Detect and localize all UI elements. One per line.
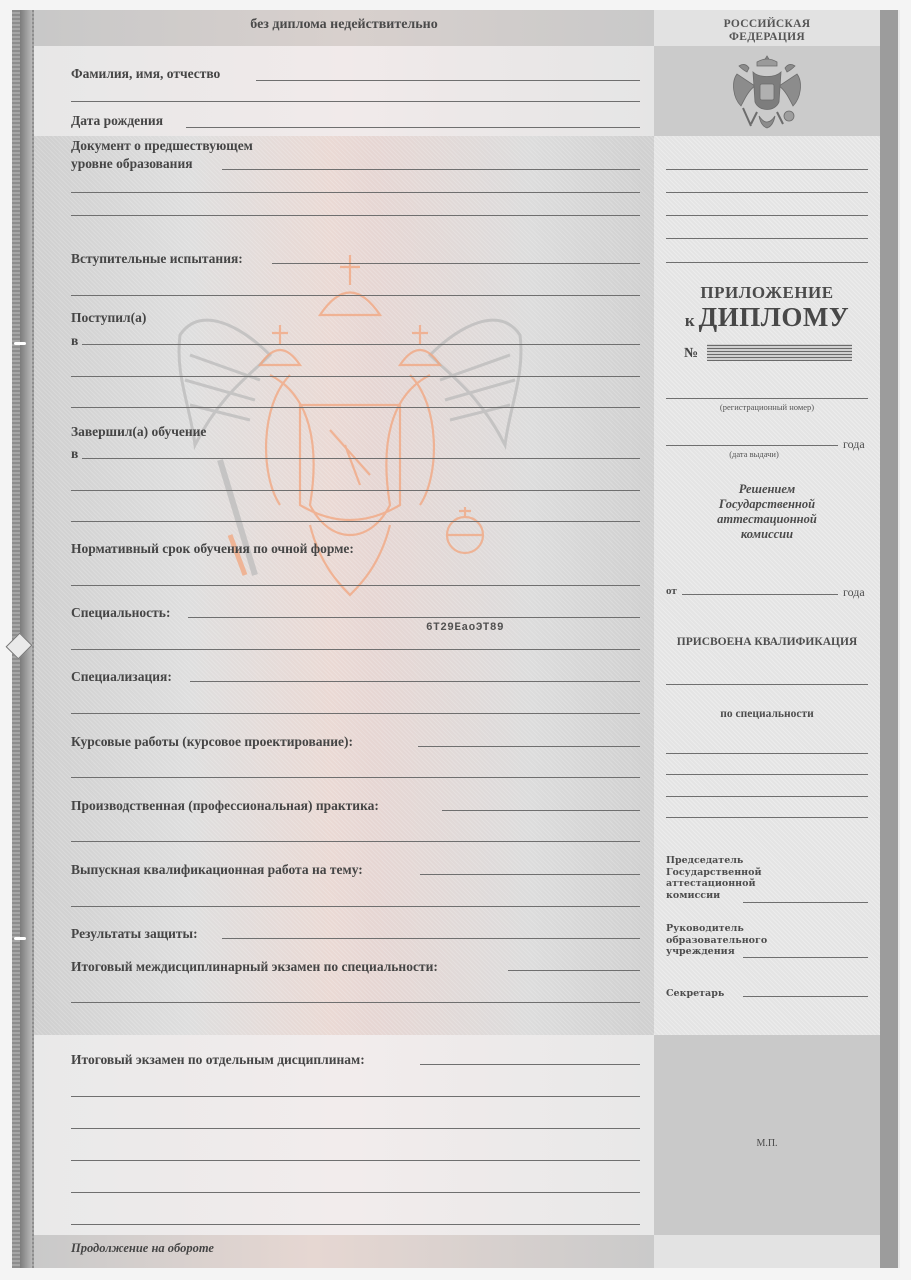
reg-number-caption: (регистрационный номер): [654, 402, 880, 412]
completed-field-2[interactable]: [71, 490, 640, 491]
binding-staple: [14, 937, 26, 940]
specialty-side-field-2[interactable]: [666, 774, 868, 775]
practice-field-2[interactable]: [71, 841, 640, 842]
diploma-title-word: ДИПЛОМУ: [699, 302, 850, 332]
prev-doc-field[interactable]: [222, 169, 640, 170]
coursework-field-2[interactable]: [71, 777, 640, 778]
chair-line-3: аттестационной: [666, 878, 762, 890]
decision-line-3: аттестационной: [654, 512, 880, 527]
side-field-2[interactable]: [666, 192, 868, 193]
decision-from-word: от: [666, 585, 677, 597]
final-interdisciplinary-field[interactable]: [508, 970, 640, 971]
completed-field-3[interactable]: [71, 521, 640, 522]
enrolled-field[interactable]: [82, 344, 640, 345]
by-specialty-heading: по специальности: [654, 708, 880, 720]
entrance-exams-field[interactable]: [272, 263, 640, 264]
full-name-label: Фамилия, имя, отчество: [71, 66, 220, 82]
specialty-side-field-1[interactable]: [666, 753, 868, 754]
number-sign: №: [684, 346, 698, 362]
completed-field[interactable]: [82, 458, 640, 459]
chair-line-2: Государственной: [666, 867, 762, 879]
diploma-title: к ДИПЛОМУ: [654, 302, 880, 333]
country-line-1: РОССИЙСКАЯ: [654, 18, 880, 31]
specialization-field[interactable]: [190, 681, 640, 682]
specialty-field-2[interactable]: [71, 649, 640, 650]
country-line-2: ФЕДЕРАЦИЯ: [654, 31, 880, 44]
specialty-side-field-3[interactable]: [666, 796, 868, 797]
secretary-label: Секретарь: [666, 988, 724, 1000]
birth-date-field[interactable]: [186, 127, 640, 128]
reg-number-field[interactable]: [666, 398, 868, 399]
full-name-field-2[interactable]: [71, 101, 640, 102]
watermark-eagle-icon: [160, 245, 540, 615]
decision-year-word: года: [843, 585, 865, 600]
specialty-side-field-4[interactable]: [666, 817, 868, 818]
commission-decision: Решением Государственной аттестационной …: [654, 482, 880, 542]
chair-line-4: комиссии: [666, 890, 762, 902]
head-line-2: образовательного: [666, 935, 767, 947]
appendix-title: ПРИЛОЖЕНИЕ: [654, 283, 880, 303]
head-label: Руководитель образовательного учреждения: [666, 923, 767, 958]
decision-line-1: Решением: [654, 482, 880, 497]
enrolled-field-2[interactable]: [71, 376, 640, 377]
chair-signature-field[interactable]: [743, 902, 868, 903]
chair-label: Председатель Государственной аттестацион…: [666, 855, 762, 901]
final-exams-subjects-field[interactable]: [420, 1064, 640, 1065]
final-interdisciplinary-label: Итоговый междисциплинарный экзамен по сп…: [71, 959, 438, 975]
prev-doc-field-3[interactable]: [71, 215, 640, 216]
practice-field[interactable]: [442, 810, 640, 811]
defense-results-label: Результаты защиты:: [71, 926, 198, 942]
head-signature-field[interactable]: [743, 957, 868, 958]
side-field-4[interactable]: [666, 238, 868, 239]
decision-date-field[interactable]: [682, 594, 838, 595]
issue-date-field[interactable]: [666, 445, 838, 446]
entrance-exams-field-2[interactable]: [71, 295, 640, 296]
right-edge-strip: [880, 10, 898, 1268]
seal-place-label: М.П.: [654, 1138, 880, 1149]
birth-date-label: Дата рождения: [71, 113, 163, 129]
study-period-label: Нормативный срок обучения по очной форме…: [71, 541, 354, 557]
coursework-field[interactable]: [418, 746, 640, 747]
enrolled-field-3[interactable]: [71, 407, 640, 408]
issue-date-caption: (дата выдачи): [654, 449, 854, 459]
prev-doc-field-2[interactable]: [71, 192, 640, 193]
specialization-label: Специализация:: [71, 669, 172, 685]
coursework-label: Курсовые работы (курсовое проектирование…: [71, 734, 353, 750]
final-exams-subjects-field-6[interactable]: [71, 1224, 640, 1225]
continued-overleaf-note: Продолжение на обороте: [71, 1241, 214, 1256]
decision-line-4: комиссии: [654, 527, 880, 542]
specialty-label: Специальность:: [71, 605, 170, 621]
validity-notice: без диплома недействительно: [34, 17, 654, 33]
double-headed-eagle-icon: [729, 52, 805, 132]
secretary-signature-field[interactable]: [743, 996, 868, 997]
country-name: РОССИЙСКАЯ ФЕДЕРАЦИЯ: [654, 18, 880, 44]
final-interdisciplinary-field-2[interactable]: [71, 1002, 640, 1003]
completed-in-label: в: [71, 446, 78, 462]
head-line-3: учреждения: [666, 946, 767, 958]
completed-label: Завершил(а) обучение: [71, 424, 206, 440]
side-footer-band: [654, 1235, 880, 1268]
final-exams-subjects-field-3[interactable]: [71, 1128, 640, 1129]
entrance-exams-label: Вступительные испытания:: [71, 251, 243, 267]
serial-number-redacted: [707, 344, 852, 361]
qualification-field[interactable]: [666, 684, 868, 685]
final-exams-subjects-field-4[interactable]: [71, 1160, 640, 1161]
head-line-1: Руководитель: [666, 923, 767, 935]
practice-label: Производственная (профессиональная) прак…: [71, 798, 379, 814]
seal-area: [654, 1035, 880, 1235]
thesis-field[interactable]: [420, 874, 640, 875]
chair-line-1: Председатель: [666, 855, 762, 867]
final-exams-subjects-field-5[interactable]: [71, 1192, 640, 1193]
prev-doc-label-1: Документ о предшествующем: [71, 138, 253, 154]
enrolled-in-label: в: [71, 333, 78, 349]
final-exams-subjects-field-2[interactable]: [71, 1096, 640, 1097]
thesis-field-2[interactable]: [71, 906, 640, 907]
diploma-title-prefix: к: [685, 311, 695, 330]
decision-line-2: Государственной: [654, 497, 880, 512]
binding-staple: [14, 342, 26, 345]
study-period-field[interactable]: [71, 585, 640, 586]
prev-doc-label-2: уровне образования: [71, 156, 193, 172]
final-exams-subjects-label: Итоговый экзамен по отдельным дисциплина…: [71, 1052, 365, 1068]
qualification-heading: ПРИСВОЕНА КВАЛИФИКАЦИЯ: [654, 636, 880, 648]
serial-imprint: 6T29EaoЭT89: [426, 622, 504, 634]
thesis-label: Выпускная квалификационная работа на тем…: [71, 862, 363, 878]
specialization-field-2[interactable]: [71, 713, 640, 714]
defense-results-field[interactable]: [222, 938, 640, 939]
full-name-field[interactable]: [256, 80, 640, 81]
side-field-3[interactable]: [666, 215, 868, 216]
enrolled-label: Поступил(а): [71, 310, 146, 326]
side-field-1[interactable]: [666, 169, 868, 170]
specialty-field[interactable]: [188, 617, 640, 618]
side-field-5[interactable]: [666, 262, 868, 263]
